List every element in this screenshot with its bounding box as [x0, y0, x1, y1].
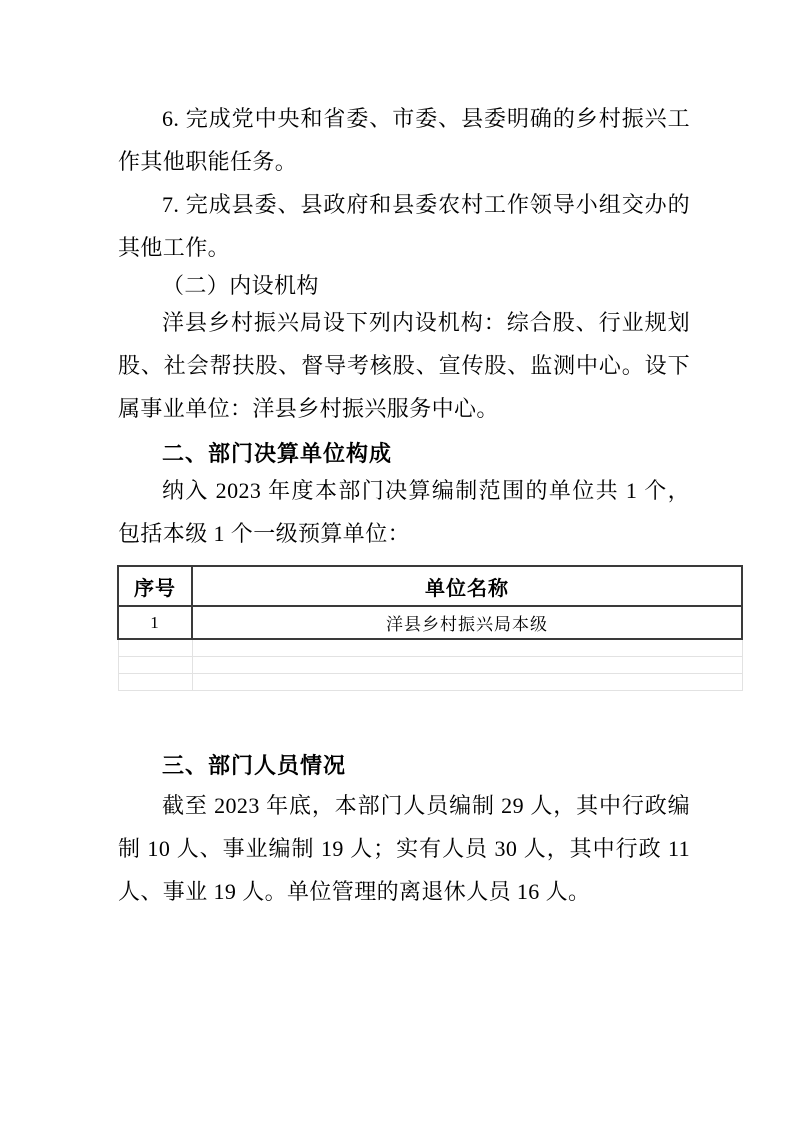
empty-table-row — [118, 657, 742, 674]
unit-table-header-row: 序号 单位名称 — [118, 566, 742, 606]
empty-table-cell — [118, 674, 192, 691]
section-3-heading: 三、部门人员情况 — [118, 744, 690, 787]
unit-table: 序号 单位名称 1 洋县乡村振兴局本级 — [117, 565, 743, 691]
paragraph-section-3-body: 截至 2023 年底，本部门人员编制 29 人，其中行政编制 10 人、事业编制… — [118, 784, 690, 913]
unit-table-row: 1 洋县乡村振兴局本级 — [118, 606, 742, 639]
unit-table-header-index: 序号 — [118, 566, 192, 606]
empty-table-cell — [118, 657, 192, 674]
paragraph-section-2-body: 纳入 2023 年度本部门决算编制范围的单位共 1 个，包括本级 1 个一级预算… — [118, 469, 690, 555]
empty-table-cell — [192, 639, 742, 657]
unit-table-cell-index: 1 — [118, 606, 192, 639]
empty-table-cell — [192, 657, 742, 674]
empty-table-cell — [118, 639, 192, 657]
unit-table-header-name: 单位名称 — [192, 566, 742, 606]
paragraph-duty-7: 7. 完成县委、县政府和县委农村工作领导小组交办的其他工作。 — [118, 183, 690, 269]
paragraph-internal-organs: 洋县乡村振兴局设下列内设机构：综合股、行业规划股、社会帮扶股、督导考核股、宣传股… — [118, 301, 690, 430]
paragraph-duty-6: 6. 完成党中央和省委、市委、县委明确的乡村振兴工作其他职能任务。 — [118, 97, 690, 183]
empty-table-cell — [192, 674, 742, 691]
empty-table-row — [118, 674, 742, 691]
document-page: 6. 完成党中央和省委、市委、县委明确的乡村振兴工作其他职能任务。 7. 完成县… — [0, 0, 793, 1122]
empty-table-row — [118, 639, 742, 657]
unit-table-cell-name: 洋县乡村振兴局本级 — [192, 606, 742, 639]
